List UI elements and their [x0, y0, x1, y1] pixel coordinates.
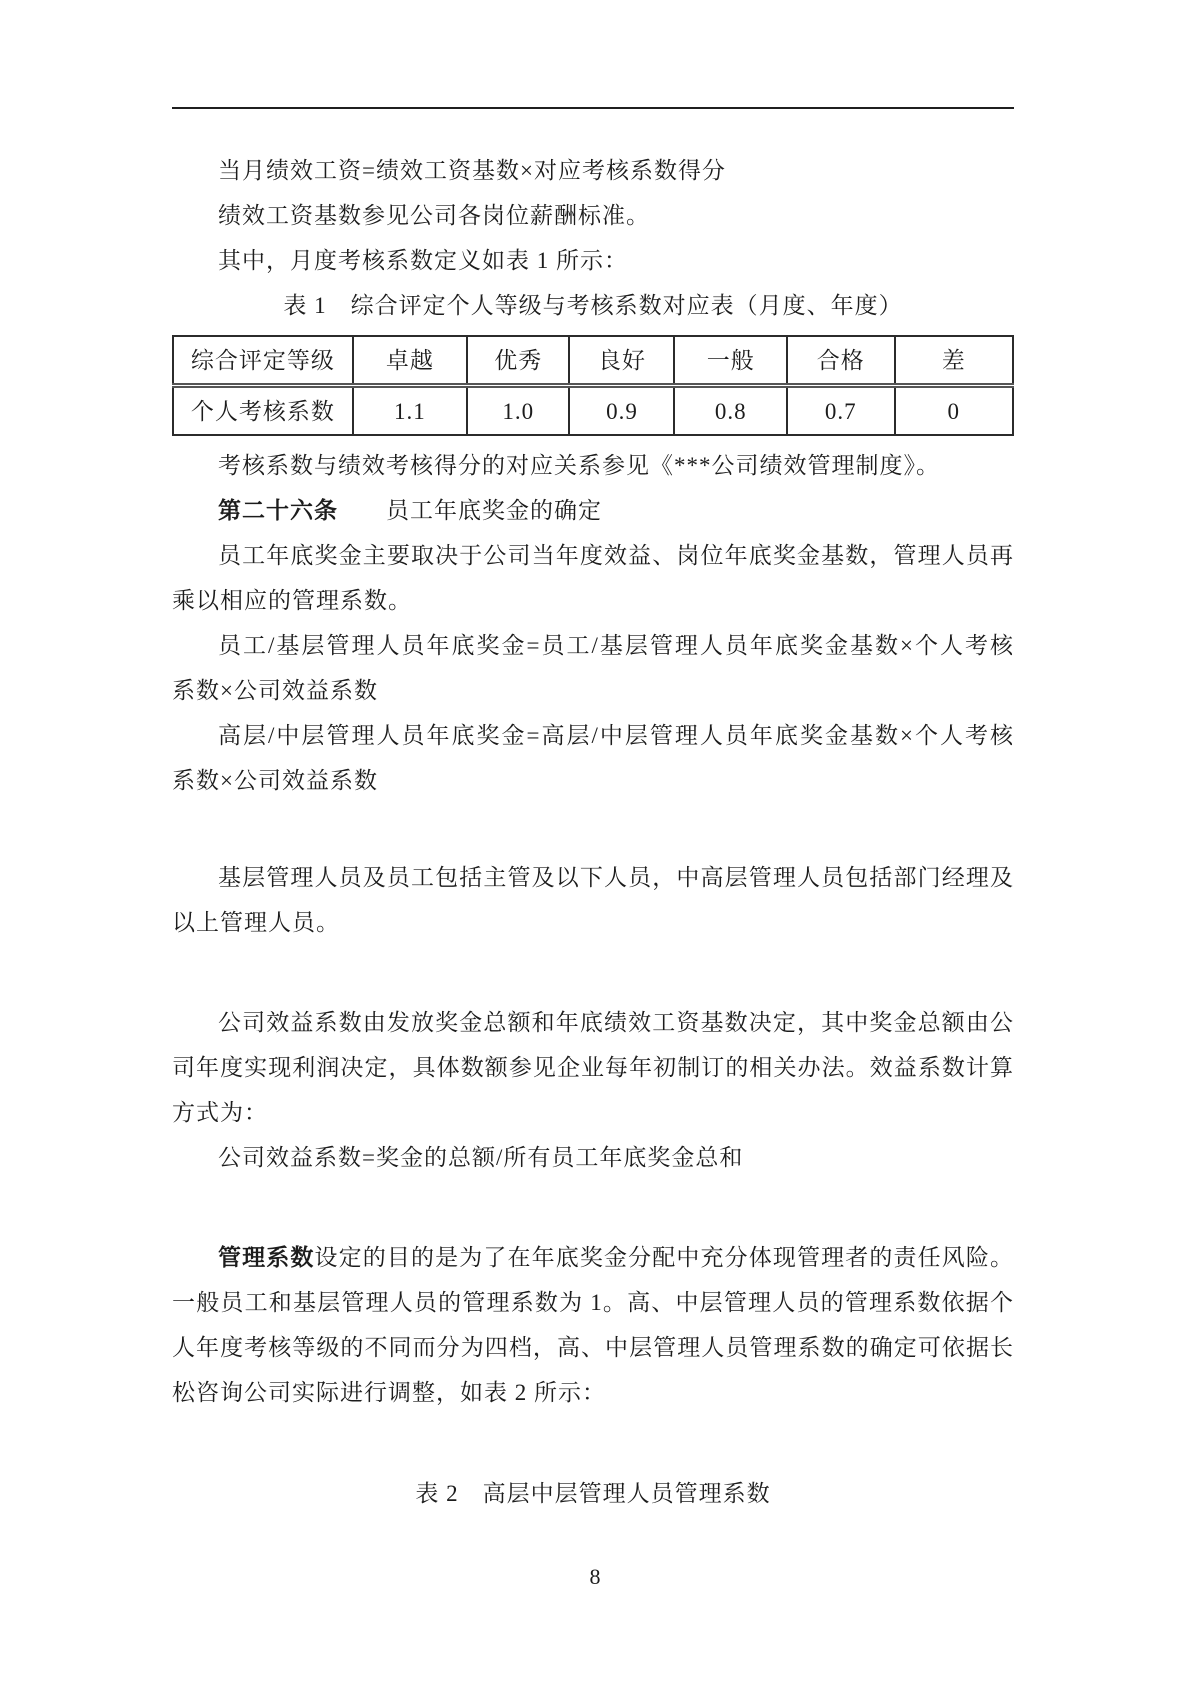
table1-header-row: 综合评定等级 卓越 优秀 良好 一般 合格 差 [173, 336, 1013, 386]
table1-value-row: 个人考核系数 1.1 1.0 0.9 0.8 0.7 0 [173, 386, 1013, 436]
mgmt-coeff-text: 设定的目的是为了在年底奖金分配中充分体现管理者的责任风险。 [315, 1245, 1015, 1270]
table1-header-cell: 卓越 [353, 336, 467, 386]
line-mgmt-coeff-4: 松咨询公司实际进行调整，如表 2 所示： [172, 1370, 1014, 1415]
table1-header-cell: 综合评定等级 [173, 336, 353, 386]
line-benefit-coeff-1: 公司效益系数由发放奖金总额和年底绩效工资基数决定，其中奖金总额由公 [172, 1000, 1014, 1045]
table1-header-cell: 良好 [569, 336, 674, 386]
line-staff-formula-2: 系数×公司效益系数 [172, 668, 1014, 713]
spacer [172, 1415, 1014, 1471]
line-benefit-formula: 公司效益系数=奖金的总额/所有员工年底奖金总和 [172, 1135, 1014, 1180]
table1: 综合评定等级 卓越 优秀 良好 一般 合格 差 个人考核系数 1.1 1.0 0… [172, 335, 1014, 436]
table1-header-cell: 优秀 [467, 336, 569, 386]
mgmt-coeff-term: 管理系数 [218, 1245, 315, 1270]
spacer [172, 436, 1014, 443]
line-article26: 第二十六条 员工年底奖金的确定 [172, 488, 1014, 533]
article26-number: 第二十六条 [218, 498, 338, 523]
line-bonus-intro-2: 乘以相应的管理系数。 [172, 578, 1014, 623]
line-staff-formula-1: 员工/基层管理人员年底奖金=员工/基层管理人员年底奖金基数×个人考核 [172, 623, 1014, 668]
table1-value-cell: 1.0 [467, 386, 569, 436]
line-mgmt-coeff-3: 人年度考核等级的不同而分为四档，高、中层管理人员管理系数的确定可依据长 [172, 1325, 1014, 1370]
line-coeff-reference: 考核系数与绩效考核得分的对应关系参见《***公司绩效管理制度》。 [172, 443, 1014, 488]
spacer [172, 109, 1014, 148]
table1-value-cell: 0 [895, 386, 1013, 436]
line-senior-formula-1: 高层/中层管理人员年底奖金=高层/中层管理人员年底奖金基数×个人考核 [172, 713, 1014, 758]
table1-value-cell: 1.1 [353, 386, 467, 436]
table1-caption: 表 1 综合评定个人等级与考核系数对应表（月度、年度） [172, 283, 1014, 328]
line-monthly-formula: 当月绩效工资=绩效工资基数×对应考核系数得分 [172, 148, 1014, 193]
table2-caption: 表 2 高层中层管理人员管理系数 [172, 1471, 1014, 1516]
line-bonus-intro-1: 员工年底奖金主要取决于公司当年度效益、岗位年底奖金基数，管理人员再 [172, 533, 1014, 578]
table1-header-cell: 合格 [787, 336, 895, 386]
table1-header-cell: 差 [895, 336, 1013, 386]
spacer [172, 1180, 1014, 1235]
line-base-reference: 绩效工资基数参见公司各岗位薪酬标准。 [172, 193, 1014, 238]
line-benefit-coeff-3: 方式为： [172, 1090, 1014, 1135]
line-scope-2: 以上管理人员。 [172, 900, 1014, 945]
line-mgmt-coeff-2: 一般员工和基层管理人员的管理系数为 1。高、中层管理人员的管理系数依据个 [172, 1280, 1014, 1325]
spacer [172, 803, 1014, 855]
table1-value-cell: 个人考核系数 [173, 386, 353, 436]
table1-value-cell: 0.8 [674, 386, 787, 436]
page-number: 8 [0, 1554, 1190, 1599]
line-senior-formula-2: 系数×公司效益系数 [172, 758, 1014, 803]
article26-title: 员工年底奖金的确定 [338, 498, 602, 523]
line-mgmt-coeff-1: 管理系数设定的目的是为了在年底奖金分配中充分体现管理者的责任风险。 [172, 1235, 1014, 1280]
line-benefit-coeff-2: 司年度实现利润决定，具体数额参见企业每年初制订的相关办法。效益系数计算 [172, 1045, 1014, 1090]
line-table1-intro: 其中，月度考核系数定义如表 1 所示： [172, 238, 1014, 283]
spacer [172, 945, 1014, 1000]
table1-value-cell: 0.7 [787, 386, 895, 436]
line-scope-1: 基层管理人员及员工包括主管及以下人员，中高层管理人员包括部门经理及 [172, 855, 1014, 900]
document-page: 当月绩效工资=绩效工资基数×对应考核系数得分 绩效工资基数参见公司各岗位薪酬标准… [0, 0, 1190, 1683]
page-content: 当月绩效工资=绩效工资基数×对应考核系数得分 绩效工资基数参见公司各岗位薪酬标准… [172, 107, 1014, 1516]
table1-value-cell: 0.9 [569, 386, 674, 436]
table1-header-cell: 一般 [674, 336, 787, 386]
